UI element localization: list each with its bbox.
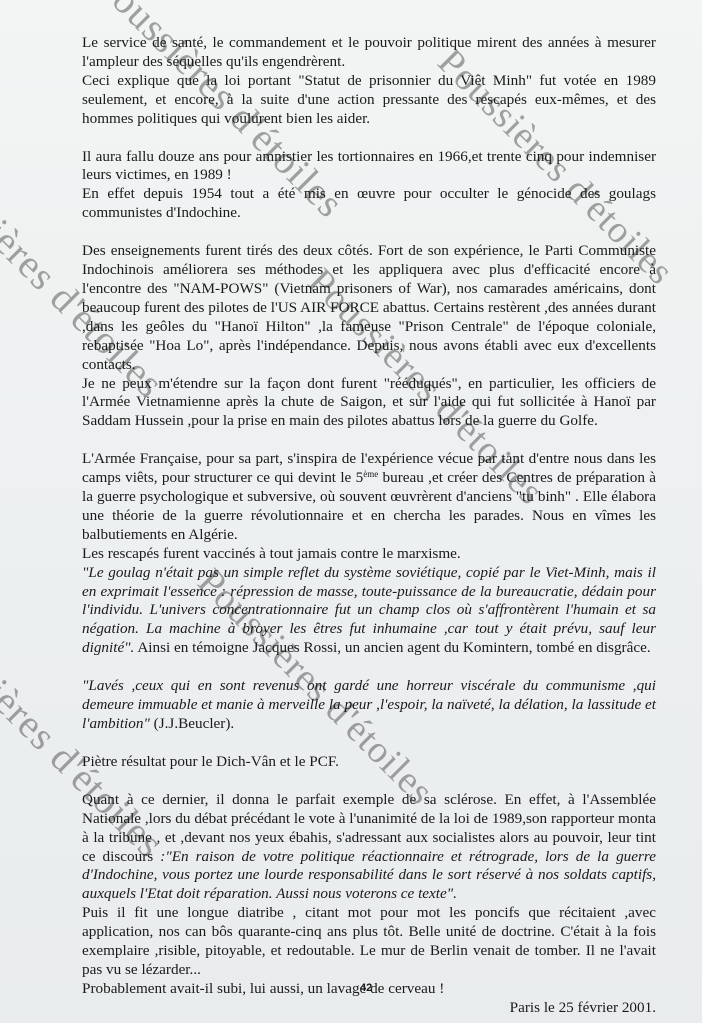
paragraph: Il aura fallu douze ans pour amnistier l…	[82, 148, 656, 186]
spacer	[82, 129, 656, 148]
paragraph: Je ne peux m'étendre sur la façon dont f…	[82, 375, 656, 432]
spacer	[82, 658, 656, 677]
paragraph: "Lavés ,ceux qui en sont revenus ont gar…	[82, 677, 656, 734]
spacer	[82, 734, 656, 753]
signature: Paris le 25 février 2001.	[82, 999, 656, 1018]
superscript: ème	[363, 469, 378, 479]
quote-rapporteur: :"En raison de votre politique réactionn…	[82, 848, 656, 903]
paragraph: Les rescapés furent vaccinés à tout jama…	[82, 545, 656, 564]
body-text: Le service de santé, le commandement et …	[82, 34, 656, 1018]
paragraph: Ceci explique que la loi portant "Statut…	[82, 72, 656, 129]
spacer	[82, 223, 656, 242]
text-span: Ainsi en témoigne Jacques Rossi, un anci…	[134, 639, 650, 656]
paragraph: En effet depuis 1954 tout a été mis en œ…	[82, 185, 656, 223]
paragraph: L'Armée Française, pour sa part, s'inspi…	[82, 450, 656, 545]
spacer	[82, 431, 656, 450]
paragraph: Le service de santé, le commandement et …	[82, 34, 656, 72]
paragraph: Piètre résultat pour le Dich-Vân et le P…	[82, 753, 656, 772]
paragraph: Quant à ce dernier, il donna le parfait …	[82, 791, 656, 904]
page-number: 42	[360, 982, 372, 994]
text-span: (J.J.Beucler).	[150, 715, 234, 732]
scanned-page: Poussières d'étoiles Poussières d'étoile…	[0, 0, 702, 1023]
paragraph: "Le goulag n'était pas un simple reflet …	[82, 564, 656, 659]
paragraph: Des enseignements furent tirés des deux …	[82, 242, 656, 374]
spacer	[82, 772, 656, 791]
paragraph: Puis il fit une longue diatribe , citant…	[82, 904, 656, 980]
